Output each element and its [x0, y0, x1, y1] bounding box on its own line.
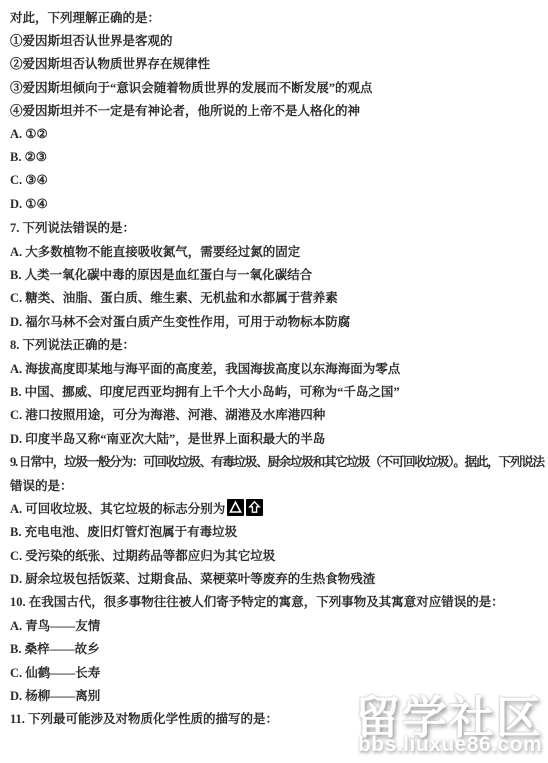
q7-option-a: A. 大多数植物不能直接吸收氮气，需要经过氮的固定 [10, 239, 544, 262]
q9-stem-line1: 9. 日常中，垃圾一般分为：可回收垃圾、有毒垃圾、厨余垃圾和其它垃圾（不可回收垃… [10, 449, 544, 472]
q8-option-a: A. 海拔高度即某地与海平面的高度差，我国海拔高度以东海海面为零点 [10, 356, 544, 379]
q6-statement-4: ④爱因斯坦并不一定是有神论者，他所说的上帝不是人格化的神 [10, 99, 544, 122]
q6-statement-1: ①爱因斯坦否认世界是客观的 [10, 28, 544, 51]
q7-stem: 7. 下列说法错误的是： [10, 216, 544, 239]
q9-option-d: D. 厨余垃圾包括饭菜、过期食品、菜梗菜叶等废弃的生热食物残渣 [10, 566, 544, 589]
recyclable-waste-icon [227, 499, 244, 516]
q10-option-d: D. 杨柳——离别 [10, 683, 544, 706]
q6-option-d: D. ①④ [10, 192, 544, 215]
q6-statement-3: ③爱因斯坦倾向于“意识会随着物质世界的发展而不断发展”的观点 [10, 75, 544, 98]
q10-option-b: B. 桑梓——故乡 [10, 637, 544, 660]
q9-option-c: C. 受污染的纸张、过期药品等都应归为其它垃圾 [10, 543, 544, 566]
q6-option-c: C. ③④ [10, 169, 544, 192]
q9-option-a: A. 可回收垃圾、其它垃圾的标志分别为 [10, 496, 544, 519]
q6-prompt: 对此，下列理解正确的是： [10, 5, 544, 28]
other-waste-icon [246, 499, 263, 516]
q8-stem: 8. 下列说法正确的是： [10, 332, 544, 355]
watermark-url: bbs.liuxue86.com [355, 733, 543, 757]
q10-option-c: C. 仙鹤——长寿 [10, 660, 544, 683]
q7-option-d: D. 福尔马林不会对蛋白质产生变性作用，可用于动物标本防腐 [10, 309, 544, 332]
q8-option-d: D. 印度半岛又称“南亚次大陆”，是世界上面积最大的半岛 [10, 426, 544, 449]
q9-option-b: B. 充电电池、废旧灯管灯泡属于有毒垃圾 [10, 520, 544, 543]
q6-option-a: A. ①② [10, 122, 544, 145]
q7-option-b: B. 人类一氧化碳中毒的原因是血红蛋白与一氧化碳结合 [10, 262, 544, 285]
q8-option-b: B. 中国、挪威、印度尼西亚均拥有上千个大小岛屿，可称为“千岛之国” [10, 379, 544, 402]
q10-stem: 10. 在我国古代，很多事物往往被人们寄予特定的寓意，下列事物及其寓意对应错误的… [10, 590, 544, 613]
q7-option-c: C. 糖类、油脂、蛋白质、维生素、无机盐和水都属于营养素 [10, 286, 544, 309]
q6-option-b: B. ②③ [10, 145, 544, 168]
q8-option-c: C. 港口按照用途，可分为海港、河港、湖港及水库港四种 [10, 403, 544, 426]
q9-stem-line2: 错误的是： [10, 473, 544, 496]
q6-statement-2: ②爱因斯坦否认物质世界存在规律性 [10, 52, 544, 75]
exam-document: 对此，下列理解正确的是： ①爱因斯坦否认世界是客观的 ②爱因斯坦否认物质世界存在… [10, 5, 544, 730]
q10-option-a: A. 青鸟——友情 [10, 613, 544, 636]
q11-stem: 11. 下列最可能涉及对物质化学性质的描写的是： [10, 707, 544, 730]
q9-option-a-text: A. 可回收垃圾、其它垃圾的标志分别为 [10, 499, 225, 517]
